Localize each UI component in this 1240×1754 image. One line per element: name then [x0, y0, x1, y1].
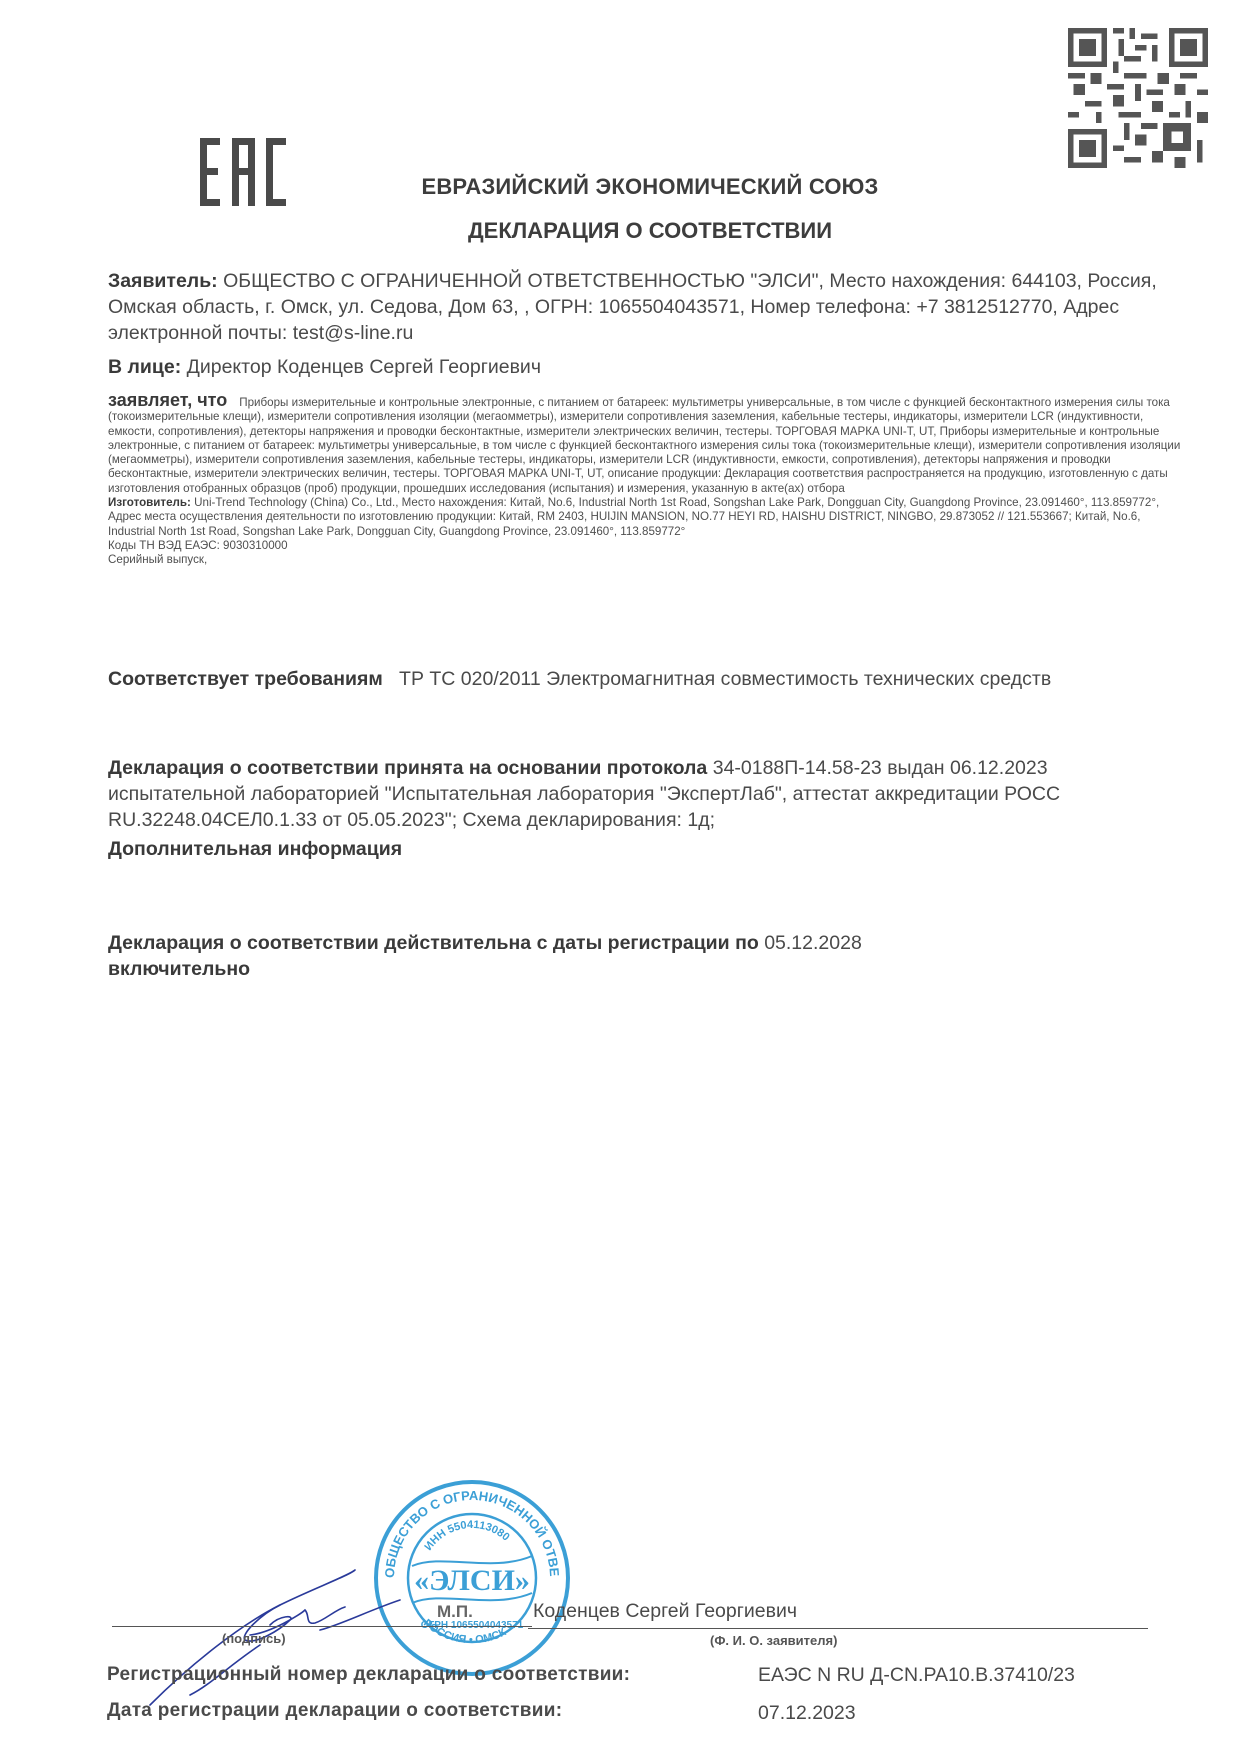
additional-info-label: Дополнительная информация: [108, 838, 402, 861]
declares-label: заявляет, что: [108, 390, 227, 410]
hs-codes: Коды ТН ВЭД ЕАЭС: 9030310000: [108, 539, 288, 552]
represented-by-label: В лице:: [108, 356, 181, 378]
conforms-label: Соответствует требованиям: [108, 668, 383, 690]
signer-name: Коденцев Сергей Георгиевич: [533, 1600, 797, 1623]
seal-place-mark: М.П.: [437, 1602, 473, 1622]
applicant-label: Заявитель:: [108, 270, 218, 292]
validity-section: Декларация о соответствии действительна …: [108, 930, 1108, 982]
signature-caption: (подпись): [222, 1631, 286, 1646]
applicant-text: ОБЩЕСТВО С ОГРАНИЧЕННОЙ ОТВЕТСТВЕННОСТЬЮ…: [108, 270, 1157, 344]
signer-name-line: [528, 1628, 1148, 1629]
applicant-section: Заявитель: ОБЩЕСТВО С ОГРАНИЧЕННОЙ ОТВЕТ…: [108, 268, 1188, 346]
qr-code-icon: [1068, 28, 1208, 168]
registration-date-label: Дата регистрации декларации о соответств…: [107, 1700, 562, 1722]
represented-by-text: Директор Коденцев Сергей Георгиевич: [187, 356, 541, 378]
conforms-text: ТР ТС 020/2011 Электромагнитная совмести…: [399, 668, 1051, 690]
validity-date: 05.12.2028: [764, 932, 862, 954]
validity-label: Декларация о соответствии действительна …: [108, 932, 759, 954]
declares-text: Приборы измерительные и контрольные элек…: [108, 396, 1180, 495]
union-title: ЕВРАЗИЙСКИЙ ЭКОНОМИЧЕСКИЙ СОЮЗ: [0, 174, 1240, 200]
registration-date: 07.12.2023: [758, 1702, 856, 1725]
signature-line: [112, 1626, 532, 1627]
serial-release: Серийный выпуск,: [108, 553, 207, 566]
document-title: ДЕКЛАРАЦИЯ О СООТВЕТСТВИИ: [0, 218, 1240, 244]
registration-number-label: Регистрационный номер декларации о соотв…: [107, 1664, 630, 1686]
conforms-section: Соответствует требованиям ТР ТС 020/2011…: [108, 666, 1168, 692]
registration-number: ЕАЭС N RU Д-CN.PA10.B.37410/23: [758, 1664, 1075, 1687]
svg-text:«ЭЛСИ»: «ЭЛСИ»: [414, 1564, 530, 1597]
basis-section: Декларация о соответствии принята на осн…: [108, 755, 1168, 833]
manufacturer-label: Изготовитель:: [108, 496, 191, 509]
represented-by-section: В лице: Директор Коденцев Сергей Георгие…: [108, 356, 541, 379]
signer-name-caption: (Ф. И. О. заявителя): [710, 1633, 837, 1648]
declares-section: заявляет, чтоПриборы измерительные и кон…: [108, 393, 1188, 568]
validity-suffix: включительно: [108, 958, 250, 980]
manufacturer-text: Uni-Trend Technology (China) Co., Ltd., …: [108, 496, 1159, 538]
basis-label: Декларация о соответствии принята на осн…: [108, 757, 707, 779]
